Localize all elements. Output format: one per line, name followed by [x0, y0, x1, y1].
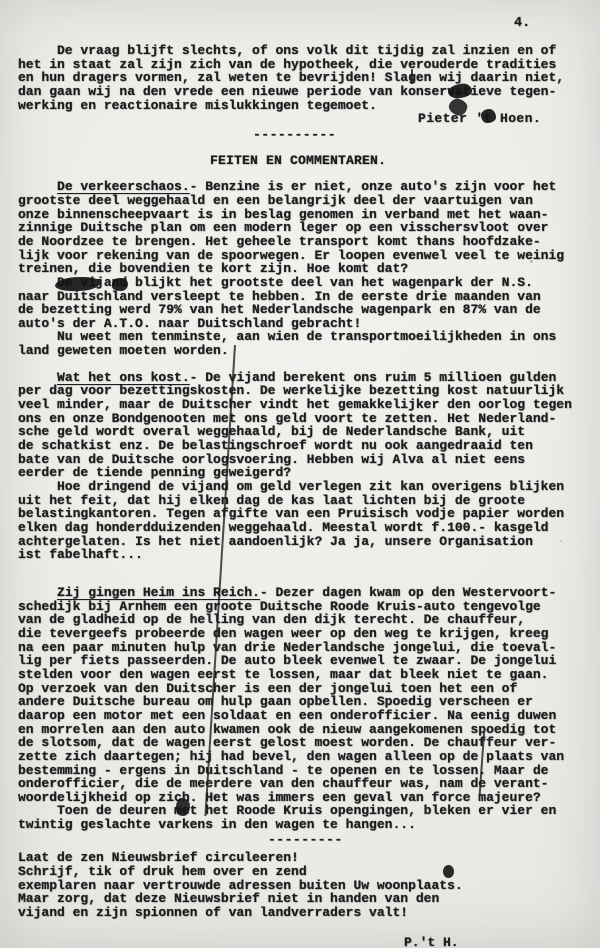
text-line: stelden voor den wagen eerst te lossen, …	[18, 668, 588, 682]
text-line: zinnige Duitsche plan om een modern lege…	[18, 221, 588, 235]
text-line: dan gaan wij na den vrede een nieuwe per…	[18, 85, 588, 99]
section-verkeerschaos: De verkeerschaos.- Benzine is er niet, o…	[18, 180, 588, 358]
text-line: na een paar minuten hulp van drie Nederl…	[18, 641, 588, 655]
text-line: lijk voor rekening van de spoorwegen. Er…	[18, 249, 588, 263]
text-line: belastingkantoren. Tegen afgifte van een…	[18, 507, 588, 521]
section-lead-text: - Benzine is er niet, onze auto's zijn v…	[190, 179, 557, 194]
text-line: van de gladheid op de helling van den di…	[18, 613, 588, 627]
text-line: naar Duitschland versleept te hebben. In…	[18, 290, 588, 304]
separator-top: ----------	[18, 128, 588, 142]
text-line: Laat de zen Nieuwsbrief circuleeren!	[18, 851, 588, 865]
text-line: De vraag blijft slechts, of ons volk dit…	[18, 44, 588, 58]
section-lead-line: Zij gingen Heim ins Reich.- Dezer dagen …	[18, 586, 588, 600]
text-line: daarop een motor met een soldaat en een …	[18, 709, 588, 723]
paper-speck	[560, 540, 562, 542]
page-number: 4.	[514, 17, 530, 31]
section-body: schedijk bij Arnhem een groote Duitsche …	[18, 600, 588, 832]
section-kosten: Wat het ons kost.- De vijand berekent on…	[18, 371, 588, 562]
text-line: sche geld wordt overal weggehaald, bij d…	[18, 425, 588, 439]
text-line: schedijk bij Arnhem een groote Duitsche …	[18, 600, 588, 614]
text-line: auto's der A.T.O. naar Duitschland gebra…	[18, 317, 588, 331]
section-title: Zij gingen Heim ins Reich.	[57, 585, 260, 600]
text-line: bate van de Duitsche oorlogsvoering. Heb…	[18, 453, 588, 467]
text-line: werking en reactionaire mislukkingen teg…	[18, 99, 588, 113]
section-lead-text: - Dezer dagen kwam op den Westervoort-	[260, 585, 556, 600]
text-line: de Noordzee te brengen. Het geheele tran…	[18, 235, 588, 249]
separator-bottom: ---------	[18, 833, 588, 847]
text-line: onze binnenscheepvaart is in beslag geno…	[18, 208, 588, 222]
intro-signature: Pieter 't Hoen.	[18, 112, 588, 126]
section-body: grootste deel weggehaald en een belangri…	[18, 194, 588, 358]
text-line: twintig geslachte varkens in den wagen t…	[18, 818, 588, 832]
text-line: Nu weet men tenminste, aan wien de trans…	[18, 330, 588, 344]
text-line: De vijand blijkt het grootste deel van h…	[18, 276, 588, 290]
text-line: land geweten moeten worden.	[18, 344, 588, 358]
text-line: Op verzoek van den Duitscher is een der …	[18, 682, 588, 696]
section-body: per dag voor bezettingskosten. De werkel…	[18, 384, 588, 562]
text-line: de schatkist enz. De belastingschroef wo…	[18, 439, 588, 453]
paper-speck	[530, 260, 533, 263]
footer-signature: P.'t H.	[18, 936, 588, 948]
text-line: per dag voor bezettingskosten. De werkel…	[18, 384, 588, 398]
text-line: Hoe dringend de vijand om geld verlegen …	[18, 480, 588, 494]
text-line: vijand en zijn spionnen of van landverra…	[18, 906, 588, 920]
footer-appeal: Laat de zen Nieuwsbrief circuleeren!Schr…	[18, 851, 588, 919]
text-line: ons en onze Bondgenooten met ons geld vo…	[18, 412, 588, 426]
text-line: Toen de deuren met het Roode Kruis openg…	[18, 804, 588, 818]
text-line: exemplaren naar vertrouwde adressen buit…	[18, 879, 588, 893]
text-line: bestemming - ergens in Duitschland - te …	[18, 764, 588, 778]
section-lead-line: Wat het ons kost.- De vijand berekent on…	[18, 371, 588, 385]
paper-speck	[332, 702, 334, 705]
paragraph-indent	[18, 179, 57, 194]
ink-blot	[112, 278, 128, 291]
text-line: elken dag honderdduizenden weggehaald. M…	[18, 521, 588, 535]
page-content: De vraag blijft slechts, of ons volk dit…	[18, 44, 588, 948]
document-page: 4. De vraag blijft slechts, of ons volk …	[0, 0, 600, 948]
text-line: woordelijkheid op zich. Het was immers e…	[18, 791, 588, 805]
text-line: de slotsom, dat de wagen eerst gelost mo…	[18, 736, 588, 750]
text-line: onderofficier, die de meerdere van den c…	[18, 777, 588, 791]
text-line: het in staat zal zijn zich van de hypoth…	[18, 58, 588, 72]
text-line: achtergelaten. Is het niet aandoenlijk? …	[18, 535, 588, 549]
text-line: ist fabelhaft...	[18, 548, 588, 562]
text-line: grootste deel weggehaald en een belangri…	[18, 194, 588, 208]
ink-blot	[481, 109, 496, 123]
section-title: De verkeerschaos.	[57, 179, 190, 194]
text-line: eerder de tiende penning geweigerd?	[18, 466, 588, 480]
text-line: en hun dragers vormen, zal weten te bevr…	[18, 71, 588, 85]
text-line: zette zich daartegen; hij had bevel, den…	[18, 750, 588, 764]
paragraph-indent	[18, 585, 57, 600]
section-lead-line: De verkeerschaos.- Benzine is er niet, o…	[18, 180, 588, 194]
text-line: Schrijf, tik of druk hem over en zend	[18, 865, 588, 879]
text-line: veel minder, maar de Duitscher vindt het…	[18, 398, 588, 412]
intro-paragraph: De vraag blijft slechts, of ons volk dit…	[18, 44, 588, 112]
text-line: en morrelen aan den auto kwamen ook de n…	[18, 723, 588, 737]
text-line: treinen, die bovendien te kort zijn. Hoe…	[18, 262, 588, 276]
text-line: die tevergeefs probeerde den wagen weer …	[18, 627, 588, 641]
text-line: lig per fiets passeerden. De auto bleek …	[18, 654, 588, 668]
section-heim-ins-reich: Zij gingen Heim ins Reich.- Dezer dagen …	[18, 586, 588, 832]
ink-stroke	[411, 69, 413, 84]
section-heading: FEITEN EN COMMENTAREN.	[18, 154, 588, 168]
text-line: uit het feit, dat hij elken dag de kas l…	[18, 494, 588, 508]
text-line: andere Duitsche bureau om hulp gaan opbe…	[18, 695, 588, 709]
text-line: Maar zorg, dat deze Nieuwsbrief niet in …	[18, 892, 588, 906]
text-line: de bezetting werd 79% van het Nederlands…	[18, 303, 588, 317]
ink-blot	[443, 865, 454, 878]
paper-speck	[90, 462, 92, 464]
